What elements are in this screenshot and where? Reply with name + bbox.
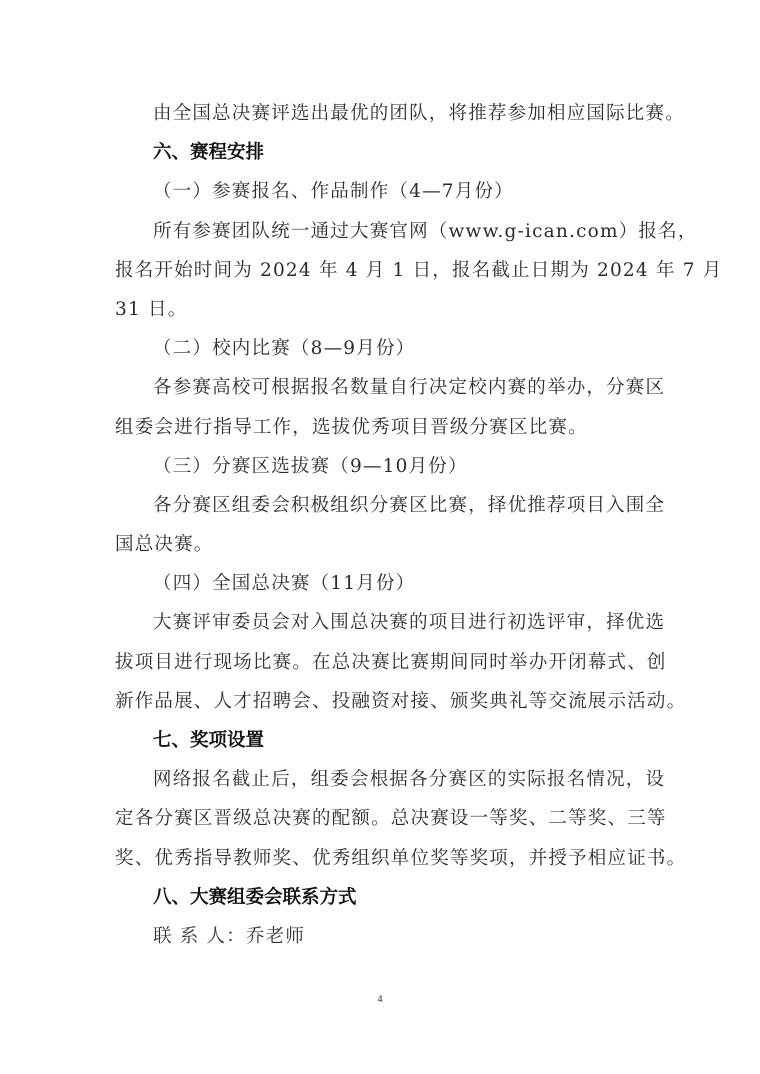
- paragraph-line: 所有参赛团队统一通过大赛官网（www.g-ican.com）报名，: [115, 212, 647, 251]
- section-heading-schedule: 六、赛程安排: [115, 133, 647, 172]
- subheading-national-final: （四）全国总决赛（11月份）: [115, 564, 647, 603]
- page-number: 4: [0, 994, 760, 1005]
- paragraph-line: 网络报名截止后，组委会根据各分赛区的实际报名情况，设: [115, 760, 647, 799]
- paragraph-line: 国总决赛。: [115, 525, 647, 564]
- paragraph-line: 报名开始时间为 2024 年 4 月 1 日，报名截止日期为 2024 年 7 …: [115, 251, 647, 290]
- subheading-campus-competition: （二）校内比赛（8—9月份）: [115, 329, 647, 368]
- document-page: 由全国总决赛评选出最优的团队，将推荐参加相应国际比赛。 六、赛程安排 （一）参赛…: [0, 0, 760, 1074]
- paragraph-line: 奖、优秀指导教师奖、优秀组织单位奖等奖项，并授予相应证书。: [115, 839, 647, 878]
- section-heading-contact: 八、大赛组委会联系方式: [115, 878, 647, 917]
- paragraph-line-final-selection: 由全国总决赛评选出最优的团队，将推荐参加相应国际比赛。: [115, 94, 647, 133]
- paragraph-line: 各参赛高校可根据报名数量自行决定校内赛的举办，分赛区: [115, 368, 647, 407]
- page-content: 由全国总决赛评选出最优的团队，将推荐参加相应国际比赛。 六、赛程安排 （一）参赛…: [115, 94, 647, 956]
- subheading-registration: （一）参赛报名、作品制作（4—7月份）: [115, 172, 647, 211]
- paragraph-line: 新作品展、人才招聘会、投融资对接、颁奖典礼等交流展示活动。: [115, 682, 647, 721]
- subheading-regional-selection: （三）分赛区选拔赛（9—10月份）: [115, 447, 647, 486]
- paragraph-line: 拔项目进行现场比赛。在总决赛比赛期间同时举办开闭幕式、创: [115, 643, 647, 682]
- paragraph-line: 定各分赛区晋级总决赛的配额。总决赛设一等奖、二等奖、三等: [115, 799, 647, 838]
- paragraph-line: 大赛评审委员会对入围总决赛的项目进行初选评审，择优选: [115, 603, 647, 642]
- paragraph-line: 31 日。: [115, 290, 647, 329]
- contact-person: 联 系 人：乔老师: [115, 917, 647, 956]
- section-heading-awards: 七、奖项设置: [115, 721, 647, 760]
- paragraph-line: 组委会进行指导工作，选拔优秀项目晋级分赛区比赛。: [115, 408, 647, 447]
- paragraph-line: 各分赛区组委会积极组织分赛区比赛，择优推荐项目入围全: [115, 486, 647, 525]
